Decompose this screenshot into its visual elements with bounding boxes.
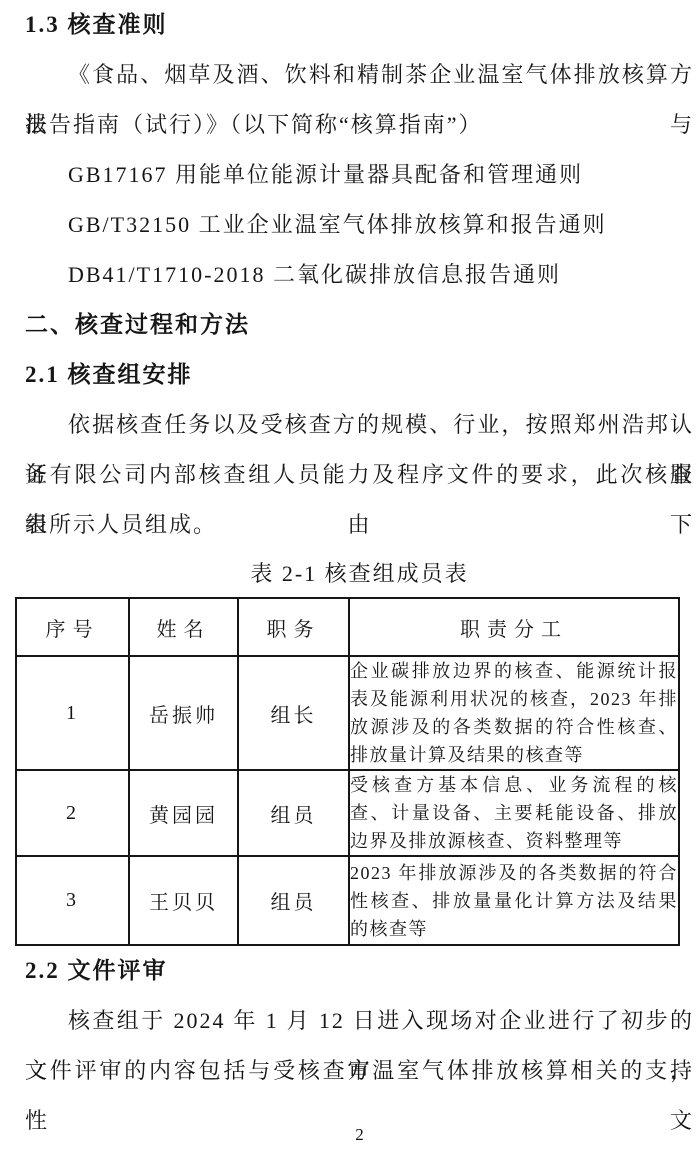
heading-2-process: 二、核查过程和方法	[25, 300, 694, 350]
team-intro-line-2: 务有限公司内部核查组人员能力及程序文件的要求，此次核查组由下	[25, 450, 694, 500]
cell-duty: 受核查方基本信息、业务流程的核查、计量设备、主要耗能设备、排放边界及排放源核查、…	[349, 770, 679, 856]
cell-name: 黄园园	[129, 770, 238, 856]
team-members-table: 序号 姓名 职务 职责分工 1 岳振帅 组长 企业碳排放边界的核查、能源统计报表…	[15, 597, 680, 946]
table-row-2: 2 黄园园 组员 受核查方基本信息、业务流程的核查、计量设备、主要耗能设备、排放…	[16, 770, 679, 856]
table-row-1: 1 岳振帅 组长 企业碳排放边界的核查、能源统计报表及能源利用状况的核查，202…	[16, 656, 679, 770]
col-header-name: 姓名	[129, 598, 238, 656]
heading-2-2-review: 2.2 文件评审	[25, 946, 694, 996]
cell-no: 1	[16, 656, 129, 770]
standard-db41: DB41/T1710-2018 二氧化碳排放信息报告通则	[25, 250, 694, 300]
standard-gb17167: GB17167 用能单位能源计量器具配备和管理通则	[25, 150, 694, 200]
table-header-row: 序号 姓名 职务 职责分工	[16, 598, 679, 656]
cell-role: 组长	[238, 656, 349, 770]
standard-gbt32150: GB/T32150 工业企业温室气体排放核算和报告通则	[25, 200, 694, 250]
cell-name: 岳振帅	[129, 656, 238, 770]
cell-duty: 企业碳排放边界的核查、能源统计报表及能源利用状况的核查，2023 年排放源涉及的…	[349, 656, 679, 770]
table-caption: 表 2-1 核查组成员表	[25, 550, 694, 597]
cell-role: 组员	[238, 856, 349, 945]
team-intro-line-1: 依据核查任务以及受核查方的规模、行业，按照郑州浩邦认证服	[25, 400, 694, 450]
col-header-duty: 职责分工	[349, 598, 679, 656]
table-row-3: 3 王贝贝 组员 2023 年排放源涉及的各类数据的符合性核查、排放量量化计算方…	[16, 856, 679, 945]
criteria-guide-line-1: 《食品、烟草及酒、饮料和精制茶企业温室气体排放核算方法与	[25, 50, 694, 100]
cell-duty: 2023 年排放源涉及的各类数据的符合性核查、排放量量化计算方法及结果的核查等	[349, 856, 679, 945]
heading-2-1-team: 2.1 核查组安排	[25, 350, 694, 400]
cell-no: 3	[16, 856, 129, 945]
review-line-1: 核查组于 2024 年 1 月 12 日进入现场对企业进行了初步的文审，	[25, 996, 694, 1046]
cell-role: 组员	[238, 770, 349, 856]
review-line-2: 文件评审的内容包括与受核查方温室气体排放核算相关的支持性文	[25, 1046, 694, 1096]
col-header-no: 序号	[16, 598, 129, 656]
col-header-role: 职务	[238, 598, 349, 656]
cell-no: 2	[16, 770, 129, 856]
document-page: 1.3 核查准则 《食品、烟草及酒、饮料和精制茶企业温室气体排放核算方法与 报告…	[0, 0, 700, 1150]
heading-1-3-criteria: 1.3 核查准则	[25, 0, 694, 50]
cell-name: 王贝贝	[129, 856, 238, 945]
